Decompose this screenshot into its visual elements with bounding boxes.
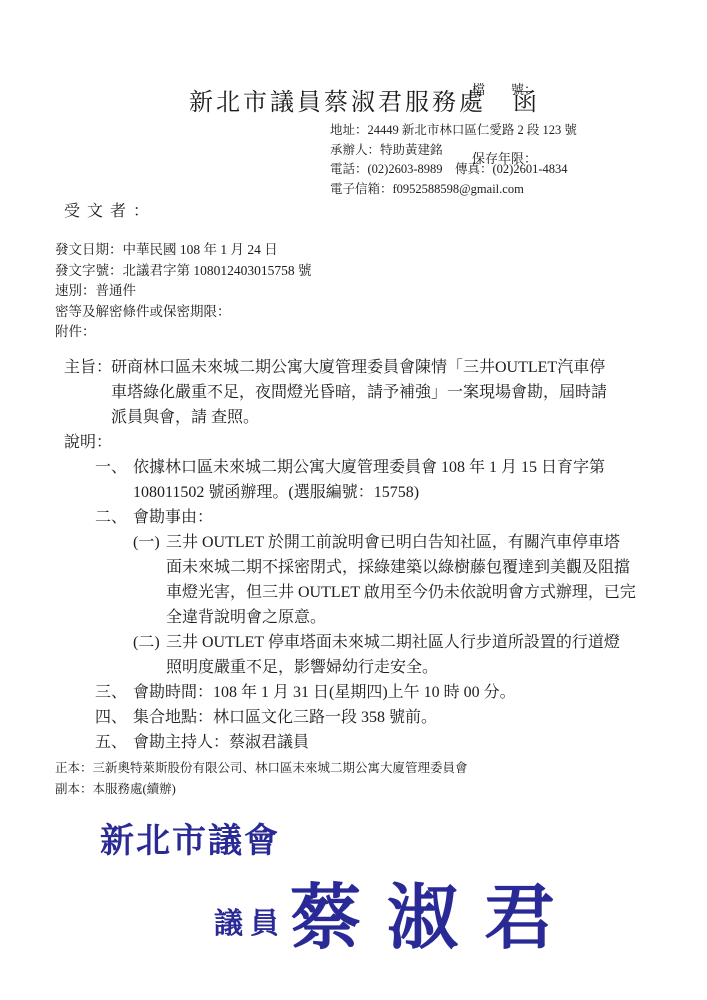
signer-signature: 蔡淑君: [290, 861, 581, 963]
item-text: 依據林口區未來城二期公寓大廈管理委員會 108 年 1 月 15 日育字第 10…: [133, 455, 664, 505]
official-letter-page: 檔 號： 保存年限： 新北市議員蔡淑君服務處 函 地址：24449 新北市林口區…: [0, 0, 707, 1000]
item-text: 會勘時間：108 年 1 月 31 日(星期四)上午 10 時 00 分。: [133, 680, 664, 705]
dispatch-number: 發文字號：北議君字第 108012403015758 號: [55, 261, 312, 282]
original-copy-line: 正本：三新奧特萊斯股份有限公司、林口區未來城二期公寓大廈管理委員會: [55, 758, 468, 779]
sender-phone-fax: 電話：(02)2603-8989 傳真：(02)2601-4834: [330, 160, 577, 180]
duplicate-copy-line: 副本：本服務處(續辦): [55, 779, 468, 800]
explanation-subitem-2: (二) 三井 OUTLET 停車塔面未來城二期社區人行步道所設置的行道燈 照明度…: [64, 630, 664, 680]
subitem-number: (二): [133, 630, 160, 655]
dispatch-date: 發文日期：中華民國 108 年 1 月 24 日: [55, 240, 312, 261]
subject-text: 研商林口區未來城二期公寓大廈管理委員會陳情「三井OUTLET汽車停 車塔綠化嚴重…: [111, 355, 664, 430]
item-number: 五、: [95, 730, 127, 755]
item-text: 會勘主持人：蔡淑君議員: [133, 730, 664, 755]
subitem-text: 三井 OUTLET 於開工前說明會已明白告知社區，有關汽車停車塔 面未來城二期不…: [166, 530, 664, 630]
explanation-label: 說明：: [64, 430, 664, 455]
document-title: 新北市議員蔡淑君服務處 函: [0, 82, 707, 117]
sender-officer: 承辦人：特助黃建銘: [330, 141, 577, 161]
dispatch-attachment: 附件：: [55, 322, 312, 343]
explanation-item-2: 二、 會勘事由：: [64, 505, 664, 530]
subitem-text: 三井 OUTLET 停車塔面未來城二期社區人行步道所設置的行道燈 照明度嚴重不足…: [166, 630, 664, 680]
explanation-item-1: 一、 依據林口區未來城二期公寓大廈管理委員會 108 年 1 月 15 日育字第…: [64, 455, 664, 505]
dispatch-speed: 速別：普通件: [55, 281, 312, 302]
item-number: 四、: [95, 705, 127, 730]
item-text: 會勘事由：: [133, 505, 664, 530]
item-number: 二、: [95, 505, 127, 530]
item-number: 三、: [95, 680, 127, 705]
explanation-item-4: 四、 集合地點：林口區文化三路一段 358 號前。: [64, 705, 664, 730]
recipient-label: 受文者：: [64, 198, 156, 221]
subitem-number: (一): [133, 530, 160, 555]
letter-body: 主旨： 研商林口區未來城二期公寓大廈管理委員會陳情「三井OUTLET汽車停 車塔…: [64, 355, 664, 755]
council-seal-stamp: 新北市議會: [100, 813, 280, 862]
item-text: 集合地點：林口區文化三路一段 358 號前。: [133, 705, 664, 730]
dispatch-meta-block: 發文日期：中華民國 108 年 1 月 24 日 發文字號：北議君字第 1080…: [55, 240, 312, 343]
item-number: 一、: [95, 455, 127, 480]
explanation-item-5: 五、 會勘主持人：蔡淑君議員: [64, 730, 664, 755]
sender-info-block: 地址：24449 新北市林口區仁愛路 2 段 123 號 承辦人：特助黃建銘 電…: [330, 121, 577, 199]
dispatch-secrecy: 密等及解密條件或保密期限：: [55, 302, 312, 323]
subject-label: 主旨：: [64, 355, 112, 380]
copies-block: 正本：三新奧特萊斯股份有限公司、林口區未來城二期公寓大廈管理委員會 副本：本服務…: [55, 758, 468, 800]
sender-address: 地址：24449 新北市林口區仁愛路 2 段 123 號: [330, 121, 577, 141]
sender-email: 電子信箱：f0952588598@gmail.com: [330, 180, 577, 200]
subject-section: 主旨： 研商林口區未來城二期公寓大廈管理委員會陳情「三井OUTLET汽車停 車塔…: [64, 355, 664, 430]
explanation-item-3: 三、 會勘時間：108 年 1 月 31 日(星期四)上午 10 時 00 分。: [64, 680, 664, 705]
explanation-subitem-1: (一) 三井 OUTLET 於開工前說明會已明白告知社區，有關汽車停車塔 面未來…: [64, 530, 664, 630]
signer-title: 議員: [214, 901, 286, 942]
